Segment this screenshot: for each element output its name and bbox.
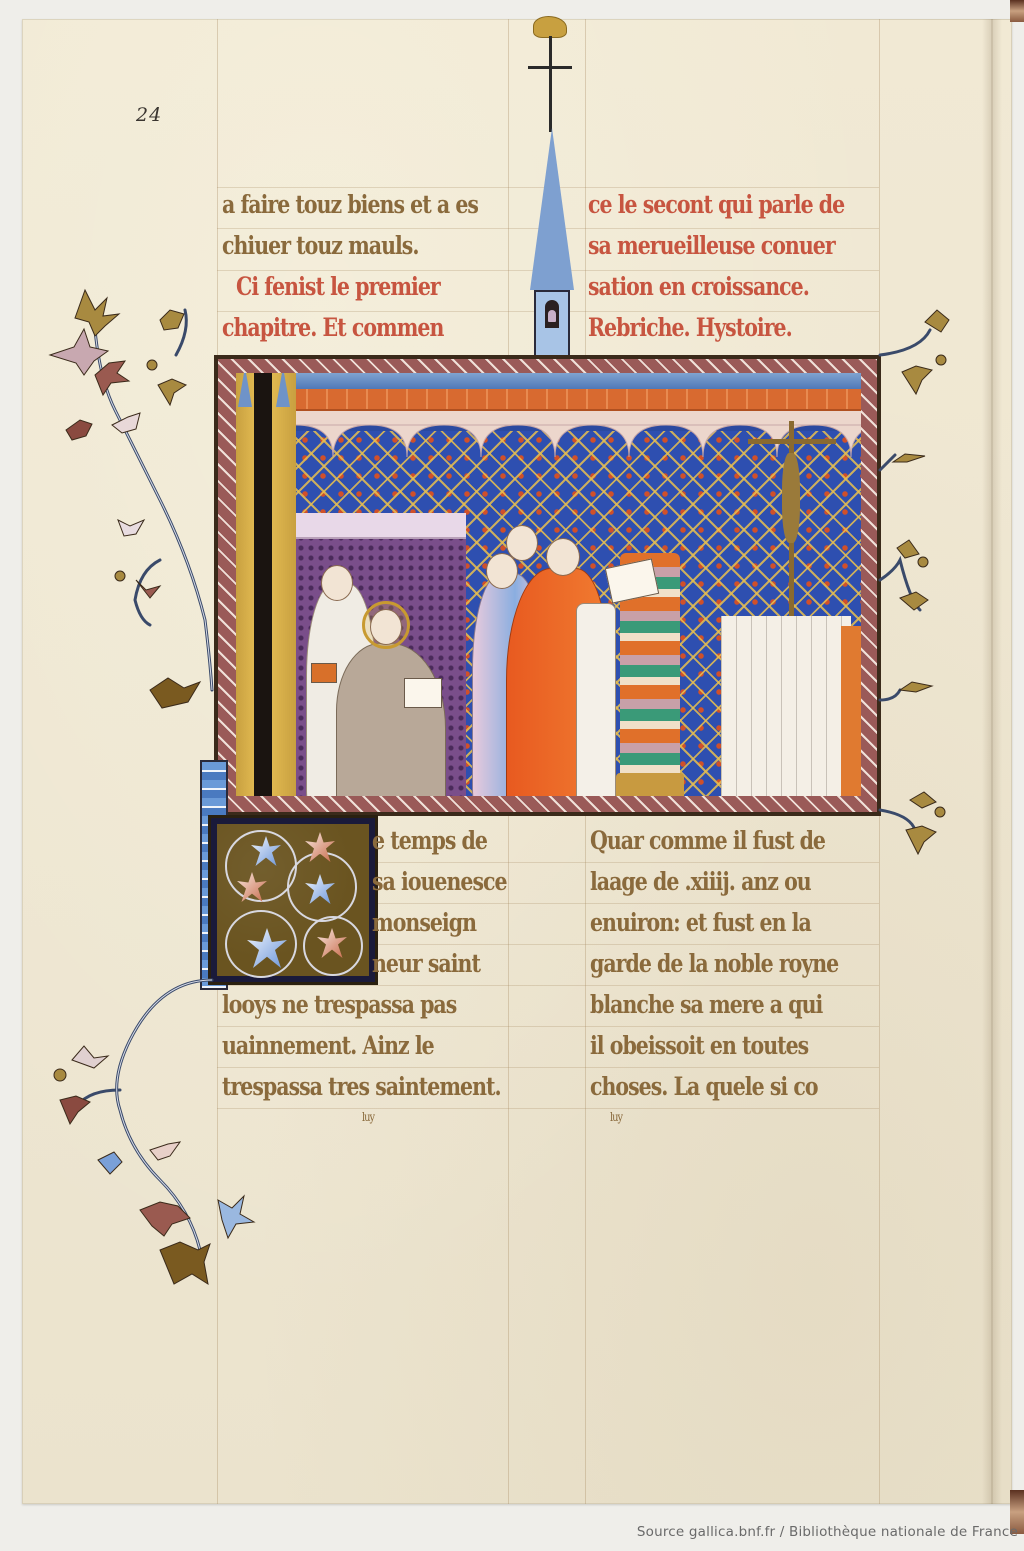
weathercock-icon xyxy=(533,16,567,38)
text-line: uainnement. Ainz le xyxy=(222,1031,434,1060)
binding-edge-top xyxy=(1010,0,1024,22)
text-line: blanche sa mere a qui xyxy=(590,990,822,1019)
miniature-scene xyxy=(236,373,861,796)
text-line: sa iouenesce xyxy=(372,867,507,896)
text-line: il obeissoit en toutes xyxy=(590,1031,808,1060)
rubric-line: sation en croissance. xyxy=(588,272,809,301)
tower-pinnacle xyxy=(276,373,290,407)
crucifix-arm xyxy=(748,439,836,444)
steeple-cross xyxy=(549,36,552,132)
altar-frontal xyxy=(841,626,861,796)
rubric-line: Rebriche. Hystoire. xyxy=(588,313,792,342)
orange-frieze xyxy=(236,389,861,411)
tower-pinnacle xyxy=(238,373,252,407)
crucified-christ-figure xyxy=(782,453,800,543)
text-line: neur saint xyxy=(372,949,480,978)
gilded-tower xyxy=(236,373,296,796)
rubric-line: chapitre. Et commen xyxy=(222,313,443,342)
steeple-cross-arm xyxy=(528,66,572,69)
text-line: trespassa tres saintement. xyxy=(222,1072,501,1101)
lower-right-column: Quar comme il fust de laage de .xiiij. a… xyxy=(590,826,885,1126)
catchword: luy xyxy=(610,1110,622,1124)
text-line: laage de .xiiij. anz ou xyxy=(590,867,811,896)
stall-canopy xyxy=(296,513,466,539)
text-line: chiuer touz mauls. xyxy=(222,231,419,260)
text-line: garde de la noble royne xyxy=(590,949,838,978)
chapel-roof xyxy=(236,373,861,389)
saint-head xyxy=(370,609,402,645)
rubric-line: sa merueilleuse conuer xyxy=(588,231,835,260)
image-viewer: 24 a faire touz biens et a es chiuer tou… xyxy=(0,0,1024,1551)
text-line: e temps de xyxy=(372,826,487,855)
miniature-painting xyxy=(214,355,881,816)
text-line: a faire touz biens et a es xyxy=(222,190,478,219)
text-line: monseign xyxy=(372,908,476,937)
priest-head xyxy=(546,538,580,576)
gothic-arcade xyxy=(296,411,861,459)
rubric-line: Ci fenist le premier xyxy=(236,272,440,301)
priest-alb xyxy=(576,603,616,796)
text-line: Quar comme il fust de xyxy=(590,826,825,855)
upper-left-column: a faire touz biens et a es chiuer touz m… xyxy=(222,190,512,350)
bell-icon xyxy=(545,300,559,328)
text-line: enuiron: et fust en la xyxy=(590,908,811,937)
cleric-head xyxy=(321,565,353,601)
open-prayer-book xyxy=(404,678,442,708)
folio-number: 24 xyxy=(136,104,162,126)
upper-right-column: ce le secont qui parle de sa merueilleus… xyxy=(588,190,883,350)
rubric-line: ce le secont qui parle de xyxy=(588,190,844,219)
red-book xyxy=(311,663,337,683)
catchword: luy xyxy=(362,1110,374,1124)
source-credit: Source gallica.bnf.fr / Bibliothèque nat… xyxy=(637,1524,1018,1540)
steeple-spire xyxy=(530,128,574,290)
lectern-base xyxy=(616,773,684,796)
page-gutter-shadow xyxy=(982,19,1002,1504)
altar-cloth xyxy=(721,616,851,796)
cleric-head xyxy=(506,525,538,561)
lower-left-column: e temps de sa iouenesce monseign neur sa… xyxy=(222,826,514,1126)
text-line: looys ne trespassa pas xyxy=(222,990,456,1019)
text-line: choses. La quele si co xyxy=(590,1072,818,1101)
